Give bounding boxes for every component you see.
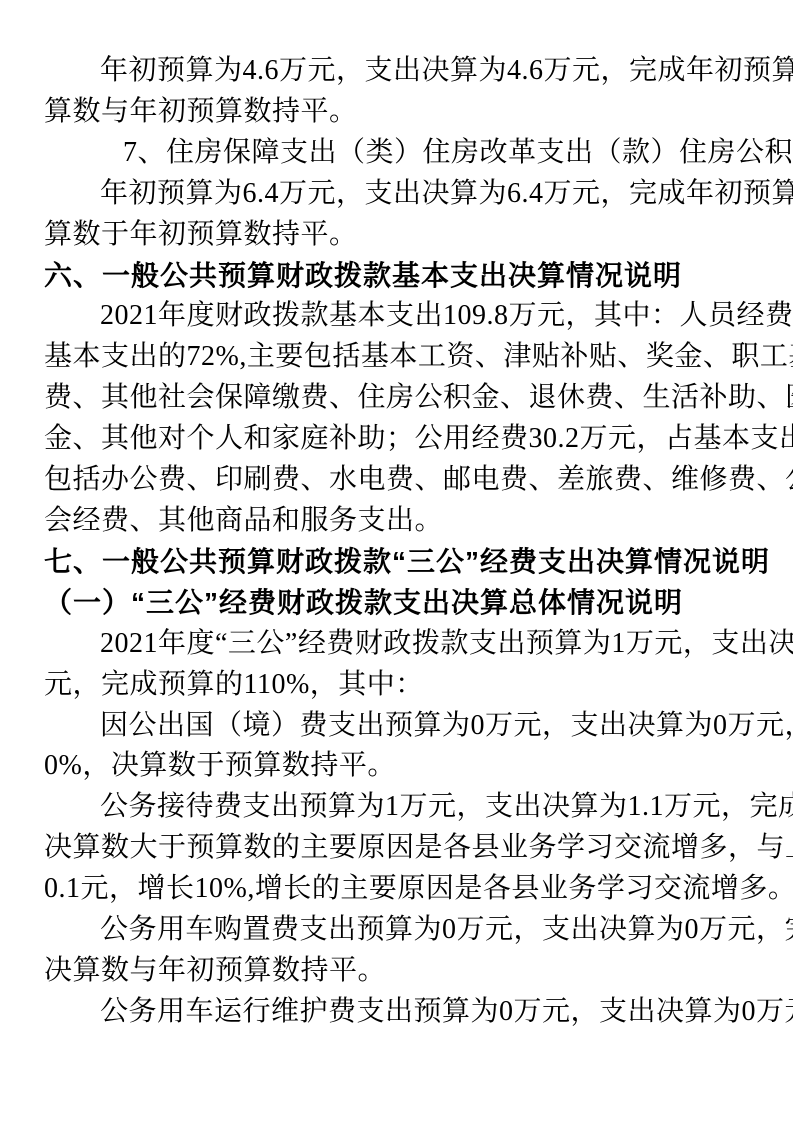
text-line: 金、其他对个人和家庭补助；公用经费30.2万元，占基本支出的28%，主要 [44,419,750,460]
text-line: 年初预算为6.4万元，支出决算为6.4万元，完成年初预算的100%，决 [44,174,750,215]
numbered-item-7: 7、住房保障支出（类）住房改革支出（款）住房公积金（项） [44,133,750,174]
text-line: 公务用车购置费支出预算为0万元，支出决算为0万元，完成预算的0%, [44,910,750,951]
document-body: 年初预算为4.6万元，支出决算为4.6万元，完成年初预算的100%，决 算数与年… [44,51,750,1033]
text-line: 会经费、其他商品和服务支出。 [44,501,750,542]
text-line: 2021年度财政拨款基本支出109.8万元，其中：人员经费79.6万元，占 [44,296,750,337]
text-line: 2021年度“三公”经费财政拨款支出预算为1万元，支出决算为1.1万 [44,624,750,665]
document-page: 年初预算为4.6万元，支出决算为4.6万元，完成年初预算的100%，决 算数与年… [0,0,793,1122]
heading-subsection-7-1: （一）“三公”经费财政拨款支出决算总体情况说明 [44,583,750,624]
text-line: 年初预算为4.6万元，支出决算为4.6万元，完成年初预算的100%，决 [44,51,750,92]
heading-section-7: 七、一般公共预算财政拨款“三公”经费支出决算情况说明 [44,542,750,583]
text-line: 包括办公费、印刷费、水电费、邮电费、差旅费、维修费、公务接待费、工 [44,460,750,501]
heading-section-6: 六、一般公共预算财政拨款基本支出决算情况说明 [44,256,750,297]
text-line: 费、其他社会保障缴费、住房公积金、退休费、生活补助、医疗补助、奖励 [44,378,750,419]
text-line: 基本支出的72%,主要包括基本工资、津贴补贴、奖金、职工基本医疗保险缴 [44,337,750,378]
text-line: 公务用车运行维护费支出预算为0万元，支出决算为0万元，完成预算的 [44,992,750,1033]
text-line: 公务接待费支出预算为1万元，支出决算为1.1万元，完成预算的110%， [44,787,750,828]
text-line: 元，完成预算的110%，其中： [44,665,750,706]
text-line: 0%，决算数于预算数持平。 [44,746,750,787]
text-line: 因公出国（境）费支出预算为0万元，支出决算为0万元，完成预算的 [44,706,750,747]
text-line: 0.1元，增长10%,增长的主要原因是各县业务学习交流增多。 [44,869,750,910]
text-line: 决算数与年初预算数持平。 [44,951,750,992]
text-line: 算数与年初预算数持平。 [44,92,750,133]
text-line: 算数于年初预算数持平。 [44,215,750,256]
text-line: 决算数大于预算数的主要原因是各县业务学习交流增多，与上年相比增加 [44,828,750,869]
